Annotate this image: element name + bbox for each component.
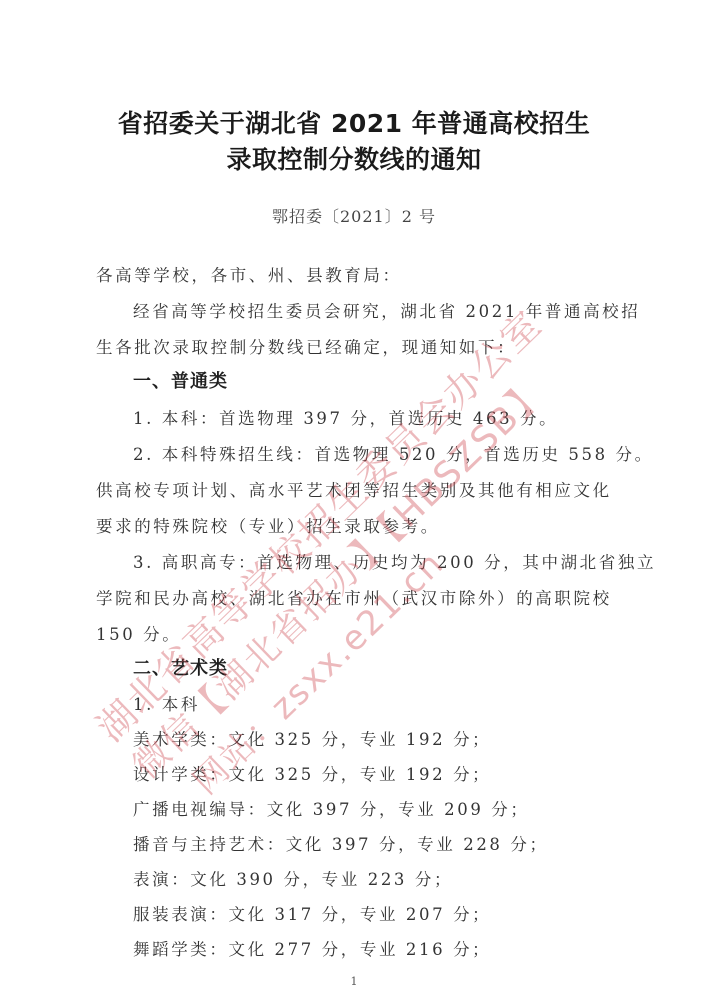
- salutation: 各高等学校，各市、州、县教育局：: [96, 262, 402, 286]
- art-row: 表演：文化 390 分，专业 223 分；: [133, 866, 453, 890]
- section-heading-general: 一、普通类: [133, 367, 228, 393]
- document-number: 鄂招委〔2021〕2 号: [0, 204, 708, 227]
- page-number: 1: [0, 975, 708, 988]
- intro-line-2: 生各批次录取控制分数线已经确定，现通知如下：: [96, 334, 516, 358]
- general-item-3-line1: 3. 高职高专：首选物理、历史均为 200 分，其中湖北省独立: [133, 549, 656, 573]
- general-item-1: 1. 本科：首选物理 397 分，首选历史 463 分。: [133, 405, 558, 429]
- section-heading-art: 二、艺术类: [133, 654, 228, 680]
- art-row: 服装表演：文化 317 分，专业 207 分；: [133, 901, 491, 925]
- art-row: 设计学类：文化 325 分，专业 192 分；: [133, 761, 491, 785]
- document-page: 省招委关于湖北省 2021 年普通高校招生 录取控制分数线的通知 鄂招委〔202…: [0, 0, 708, 1000]
- art-subheading-undergrad: 1. 本科: [133, 691, 200, 715]
- general-item-3-line2: 学院和民办高校、湖北省办在市州（武汉市除外）的高职院校: [96, 585, 612, 609]
- art-row: 播音与主持艺术：文化 397 分，专业 228 分；: [133, 831, 549, 855]
- art-row: 美术学类：文化 325 分，专业 192 分；: [133, 726, 491, 750]
- general-item-2-line3: 要求的特殊院校（专业）招生录取参考。: [96, 513, 440, 537]
- general-item-2-line2: 供高校专项计划、高水平艺术团等招生类别及其他有相应文化: [96, 477, 612, 501]
- art-row: 舞蹈学类：文化 277 分，专业 216 分；: [133, 936, 491, 960]
- general-item-2-line1: 2. 本科特殊招生线：首选物理 520 分，首选历史 558 分。: [133, 441, 654, 465]
- document-title-line1: 省招委关于湖北省 2021 年普通高校招生: [0, 104, 708, 140]
- document-title-line2: 录取控制分数线的通知: [0, 140, 708, 176]
- intro-line-1: 经省高等学校招生委员会研究，湖北省 2021 年普通高校招: [133, 298, 640, 322]
- general-item-3-line3: 150 分。: [96, 621, 181, 645]
- art-row: 广播电视编导：文化 397 分，专业 209 分；: [133, 796, 529, 820]
